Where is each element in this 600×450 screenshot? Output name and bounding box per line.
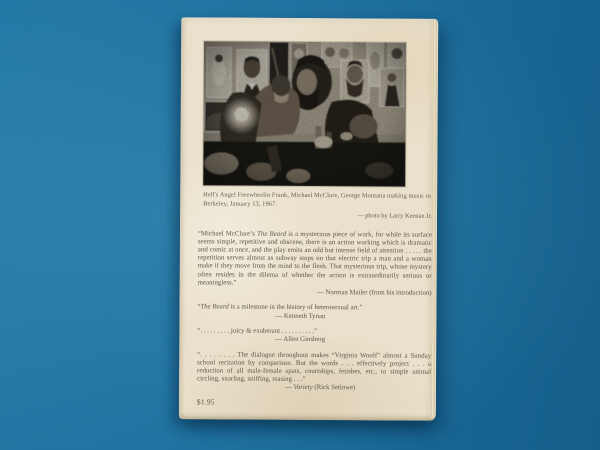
book-title-italic: The Beard <box>257 230 286 237</box>
variety-quote: “. . . . . . . . The dialogue throughout… <box>197 351 431 385</box>
photo-collage-art <box>203 41 406 186</box>
ginsberg-attribution: — Allen Ginsberg <box>197 336 431 346</box>
variety-attribution: — Variety (Rick Setlowe) <box>197 384 431 394</box>
variety-attr-dash: — <box>285 384 294 391</box>
tynan-quote-post: is a milestone in the history of heteros… <box>229 304 363 312</box>
variety-name-italic: Variety <box>293 384 312 391</box>
tynan-attribution: — Kenneth Tynan <box>197 312 431 322</box>
mailer-quote: “Michael McClure’s The Beard is a myster… <box>198 230 432 289</box>
photo-credit: — photo by Larry Keenan Jr. <box>198 210 432 220</box>
tynan-quote: “The Beard is a milestone in the history… <box>197 304 431 314</box>
teal-table-surface: Hell's Angel Freewheelin Frank, Michael … <box>0 0 600 450</box>
photo-collage <box>203 41 406 186</box>
book-title-italic: The Beard <box>200 304 228 311</box>
back-cover-text: Hell's Angel Freewheelin Frank, Michael … <box>197 190 432 407</box>
mailer-attribution: — Norman Mailer (from his introduction) <box>198 288 432 298</box>
mailer-quote-pre: “Michael McClure’s <box>198 230 257 237</box>
mailer-quote-post: is a mysterious piece of work, for while… <box>198 230 432 286</box>
book-back-cover: Hell's Angel Freewheelin Frank, Michael … <box>179 17 438 421</box>
variety-attr-reviewer: (Rick Setlowe) <box>313 384 356 391</box>
price-label: $1.95 <box>197 397 431 407</box>
photo-caption: Hell's Angel Freewheelin Frank, Michael … <box>198 190 432 210</box>
